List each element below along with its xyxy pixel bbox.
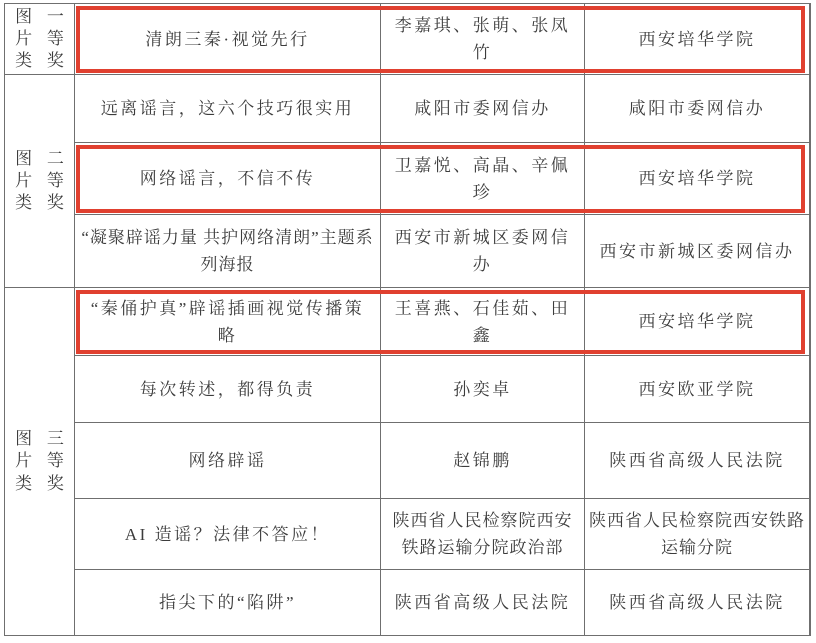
work-title-cell: “凝聚辟谣力量 共护网络清朗”主题系列海报 (75, 215, 381, 288)
work-title-cell: “秦俑护真”辟谣插画视觉传播策略 (75, 288, 381, 356)
category-label-third-prize: 图片类 三等奖 (5, 288, 75, 635)
category-text: 图片类 (14, 148, 33, 214)
prize-text: 三等奖 (46, 428, 65, 494)
authors-cell: 陕西省高级人民法院 (381, 570, 585, 635)
authors-cell: 孙奕卓 (381, 356, 585, 423)
category-label-second-prize: 图片类 二等奖 (5, 75, 75, 288)
organization-cell: 西安欧亚学院 (585, 356, 809, 423)
organization-cell: 西安培华学院 (585, 143, 809, 215)
prize-text: 二等奖 (46, 148, 65, 214)
work-title-cell: 指尖下的“陷阱” (75, 570, 381, 635)
organization-cell: 咸阳市委网信办 (585, 75, 809, 143)
authors-cell: 西安市新城区委网信办 (381, 215, 585, 288)
authors-cell: 李嘉琪、张萌、张凤竹 (381, 4, 585, 75)
authors-cell: 卫嘉悦、高晶、辛佩珍 (381, 143, 585, 215)
authors-cell: 咸阳市委网信办 (381, 75, 585, 143)
category-text: 图片类 (14, 6, 33, 72)
category-text: 图片类 (14, 428, 33, 494)
work-title-cell: AI 造谣？法律不答应！ (75, 499, 381, 570)
authors-cell: 陕西省人民检察院西安铁路运输分院政治部 (381, 499, 585, 570)
organization-cell: 西安培华学院 (585, 4, 809, 75)
work-title-cell: 清朗三秦·视觉先行 (75, 4, 381, 75)
award-table: 图片类 一等奖 图片类 二等奖 图片类 三等奖 清朗三秦·视觉先行 李嘉琪、张萌… (4, 3, 811, 636)
organization-cell: 陕西省高级人民法院 (585, 423, 809, 499)
category-label-first-prize: 图片类 一等奖 (5, 4, 75, 75)
organization-cell: 陕西省人民检察院西安铁路运输分院 (585, 499, 809, 570)
authors-cell: 王喜燕、石佳茹、田鑫 (381, 288, 585, 356)
organization-cell: 西安培华学院 (585, 288, 809, 356)
prize-text: 一等奖 (46, 6, 65, 72)
work-title-cell: 远离谣言，这六个技巧很实用 (75, 75, 381, 143)
work-title-cell: 每次转述，都得负责 (75, 356, 381, 423)
work-title-cell: 网络辟谣 (75, 423, 381, 499)
organization-cell: 陕西省高级人民法院 (585, 570, 809, 635)
organization-cell: 西安市新城区委网信办 (585, 215, 809, 288)
authors-cell: 赵锦鹏 (381, 423, 585, 499)
work-title-cell: 网络谣言，不信不传 (75, 143, 381, 215)
